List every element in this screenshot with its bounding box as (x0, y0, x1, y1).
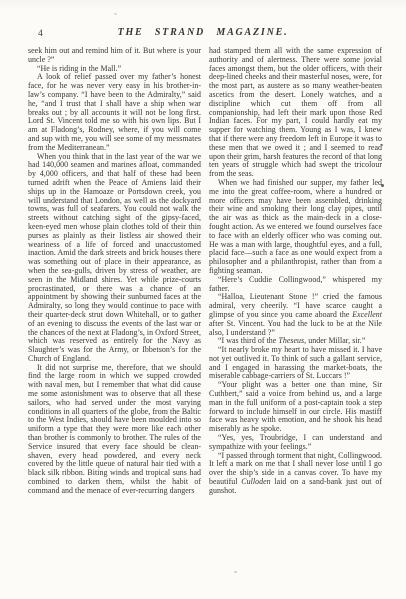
paragraph: “Your plight was a better one than mine,… (209, 381, 382, 434)
text-segment: “Here’s Cuddie Collingwood,” whispered m… (209, 275, 382, 293)
italic-text-segment: Culloden (241, 477, 270, 486)
text-segment: , under Millar, sir.” (304, 336, 365, 345)
text-segment: seek him out and remind him of it. But w… (28, 46, 201, 64)
italic-text-segment: Theseus (278, 336, 304, 345)
text-segment: “He is riding in the Mall.” (37, 64, 121, 73)
paragraph: When you think that in the last year of … (28, 153, 201, 364)
italic-text-segment: Excellent (352, 310, 382, 319)
scan-speck (381, 184, 384, 187)
paragraph: When we had finished our supper, my fath… (209, 179, 382, 276)
page-header: 4 THE STRAND MAGAZINE. (0, 27, 406, 40)
text-segment: It did not surprise me, therefore, that … (28, 363, 201, 495)
paragraph: “It nearly broke my heart to have missed… (209, 346, 382, 381)
paragraph: seek him out and remind him of it. But w… (28, 47, 201, 65)
text-segment: A look of relief passed over my father’s… (28, 72, 201, 151)
text-columns: seek him out and remind him of it. But w… (28, 47, 382, 496)
text-segment: When you think that in the last year of … (28, 152, 201, 363)
scan-speck (381, 144, 383, 146)
column-right: had stamped them all with the same expre… (209, 47, 382, 496)
text-segment: after St. Vincent. You had the luck to b… (209, 319, 382, 337)
paragraph: had stamped them all with the same expre… (209, 47, 382, 179)
paragraph: “Yes, yes, Troubridge, I can understand … (209, 434, 382, 452)
running-title: THE STRAND MAGAZINE. (0, 27, 406, 38)
paragraph: “I passed through torment that night, Co… (209, 452, 382, 496)
scan-speck (114, 13, 117, 15)
text-segment: had stamped them all with the same expre… (209, 46, 382, 178)
paragraph: A look of relief passed over my father’s… (28, 73, 201, 152)
scan-speck (234, 571, 237, 573)
paragraph: It did not surprise me, therefore, that … (28, 364, 201, 496)
text-segment: When we had finished our supper, my fath… (209, 178, 382, 275)
text-segment: “I was third of the (218, 336, 278, 345)
text-segment: “It nearly broke my heart to have missed… (209, 345, 382, 380)
paragraph: “Here’s Cuddie Collingwood,” whispered m… (209, 276, 382, 294)
magazine-page: 4 THE STRAND MAGAZINE. seek him out and … (0, 0, 406, 599)
paragraph: “Halloa, Lieutenant Stone !” cried the f… (209, 293, 382, 337)
column-left: seek him out and remind him of it. But w… (28, 47, 201, 496)
text-segment: “Yes, yes, Troubridge, I can understand … (209, 433, 382, 451)
text-segment: “Your plight was a better one than mine,… (209, 380, 382, 433)
